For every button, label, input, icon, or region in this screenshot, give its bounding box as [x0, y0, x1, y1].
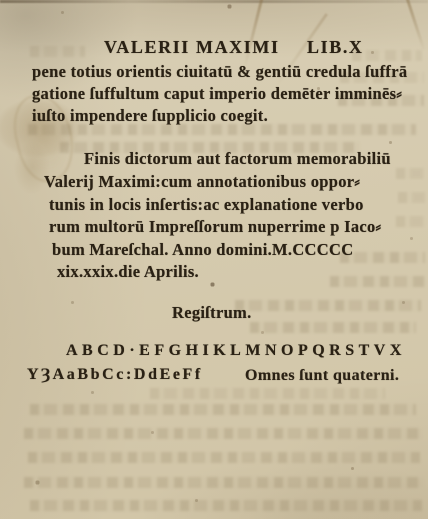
colophon-line: Valerij Maximi:cum annotationibus oppor⸗ [44, 172, 360, 192]
crease-mark [405, 0, 425, 51]
bleedthrough-line [150, 388, 385, 399]
bleedthrough-line [30, 46, 85, 57]
registrum-heading: Regiſtrum. [172, 303, 252, 323]
signature-register-row2: YȜAaBbCc:DdEeFf [27, 366, 203, 384]
body-text-line: pene totius orientis ciuitatū & gentiū c… [32, 62, 407, 82]
colophon-line: xix.xxix.die Aprilis. [57, 262, 199, 282]
bleedthrough-line [235, 300, 421, 311]
bleedthrough-line [396, 216, 426, 227]
colophon-line: Finis dictorum aut factorum memorabiliū [84, 149, 391, 169]
colophon-line: tunis in locis inſertis:ac explanatione … [49, 195, 364, 215]
bleedthrough-line [396, 168, 426, 179]
paper-specks [0, 0, 1, 1]
page-top-edge [0, 0, 428, 3]
bleedthrough-line [330, 276, 426, 287]
bleedthrough-line [30, 404, 416, 415]
bleedthrough-line [28, 452, 420, 463]
book-page-photo: VALERII MAXIMI LIB.X pene totius orienti… [0, 0, 428, 519]
running-header-book-number: LIB.X [307, 37, 364, 58]
bleedthrough-line [24, 428, 422, 439]
bleedthrough-line [24, 477, 424, 488]
colophon-line: rum multorū Impreſſorum nuperrime p Iaco… [49, 217, 381, 237]
signature-register-note: Omnes ſunt quaterni. [245, 367, 399, 385]
body-text-line: gatione ſuffultum caput imperio demēter … [32, 84, 402, 104]
signature-register-row1: ABCD·EFGHIKLMNOPQRSTVX [66, 342, 406, 360]
running-header-title: VALERII MAXIMI [104, 37, 280, 58]
body-text-line: iuſto impendere ſupplicio coegit. [32, 106, 268, 126]
colophon-line: bum Mareſchal. Anno domini.M.CCCCC [52, 240, 353, 260]
bleedthrough-line [398, 192, 426, 203]
bleedthrough-line [30, 500, 422, 511]
bleedthrough-line [250, 322, 416, 333]
